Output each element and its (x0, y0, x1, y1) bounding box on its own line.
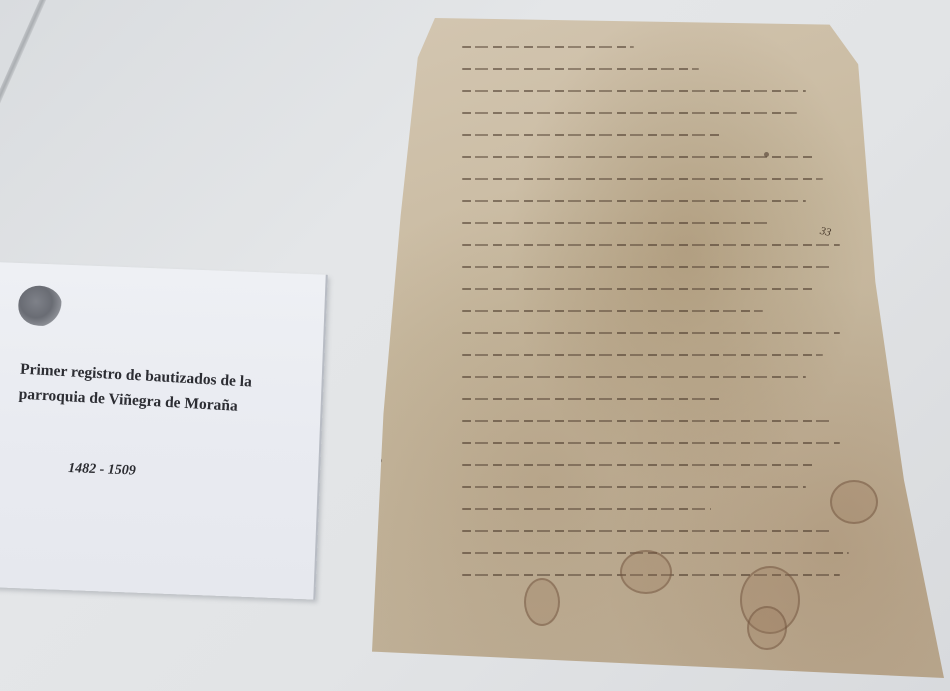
ink-spot (764, 152, 769, 157)
stain-right-lower (747, 606, 787, 650)
card-dates: 1482 - 1509 (68, 461, 136, 480)
table-edge (0, 0, 49, 129)
stain-middle (620, 550, 672, 594)
stain-lower-right-edge (830, 480, 878, 524)
ink-spot (377, 458, 382, 463)
stain-left (524, 578, 560, 626)
archive-logo (17, 285, 77, 339)
archive-logo-icon (18, 285, 64, 327)
card-title: Primer registro de bautizados de la parr… (18, 357, 300, 423)
handwritten-text (462, 46, 892, 596)
manuscript-page: 33 (372, 18, 944, 678)
label-card: Primer registro de bautizados de la parr… (0, 262, 328, 600)
photo-scene: Primer registro de bautizados de la parr… (0, 0, 950, 691)
